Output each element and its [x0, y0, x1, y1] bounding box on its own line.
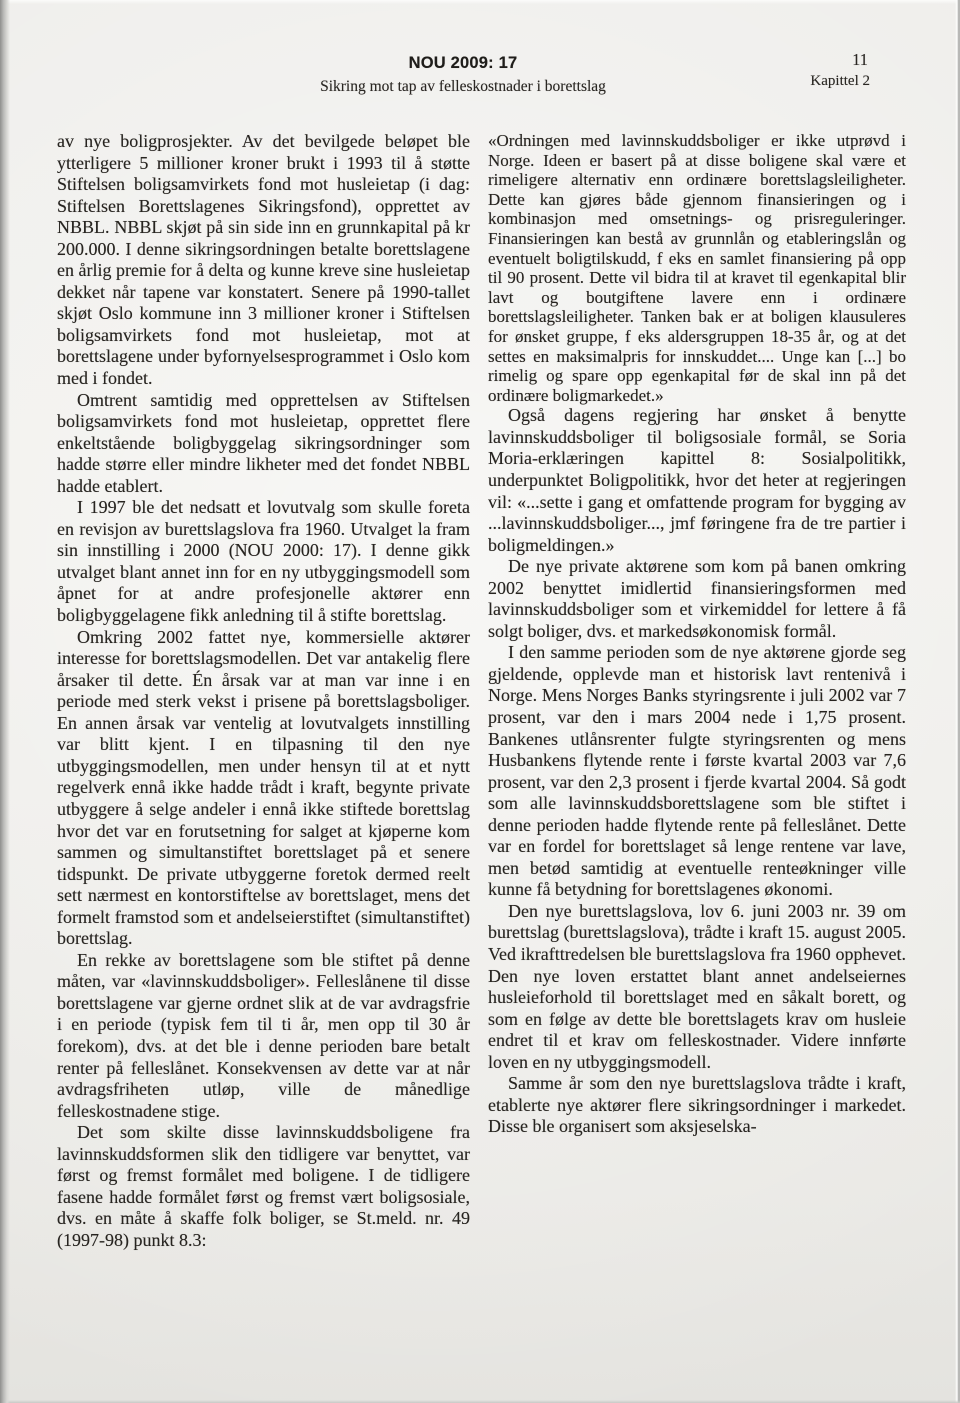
scanned-document-page: NOU 2009: 17 Sikring mot tap av fellesko… [0, 0, 960, 1403]
right-column: «Ordningen med lavinnskuddsboliger er ik… [488, 131, 906, 1138]
paragraph: Den nye burettslagslova, lov 6. juni 200… [488, 901, 906, 1073]
page-header: NOU 2009: 17 Sikring mot tap av fellesko… [320, 54, 606, 96]
scan-edge-left [0, 0, 10, 1403]
paragraph: Også dagens regjering har ønsket å benyt… [488, 405, 906, 556]
scan-edge-top [0, 0, 960, 4]
paragraph: Omkring 2002 fattet nye, kommersielle ak… [57, 627, 470, 950]
report-subtitle: Sikring mot tap av felleskostnader i bor… [320, 78, 606, 96]
page-number: 11 [810, 50, 870, 70]
paragraph: I 1997 ble det nedsatt et lovutvalg som … [57, 497, 470, 626]
report-title: NOU 2009: 17 [320, 54, 606, 73]
paragraph: Samme år som den nye burettslagslova trå… [488, 1073, 906, 1138]
left-column: av nye boligprosjekter. Av det bevilgede… [57, 131, 470, 1251]
paragraph: Det som skilte disse lavinnskuddsboligen… [57, 1122, 470, 1251]
paragraph: I den samme perioden som de nye aktørene… [488, 642, 906, 901]
chapter-label: Kapittel 2 [810, 70, 870, 93]
paragraph: Omtrent samtidig med opprettelsen av Sti… [57, 390, 470, 498]
paragraph: De nye private aktørene som kom på banen… [488, 556, 906, 642]
paragraph: En rekke av borettslagene som ble stifte… [57, 950, 470, 1122]
paragraph: av nye boligprosjekter. Av det bevilgede… [57, 131, 470, 390]
block-quote: «Ordningen med lavinnskuddsboliger er ik… [488, 131, 906, 405]
scan-edge-right [955, 0, 960, 1403]
page-header-right: 11 Kapittel 2 [810, 50, 870, 93]
